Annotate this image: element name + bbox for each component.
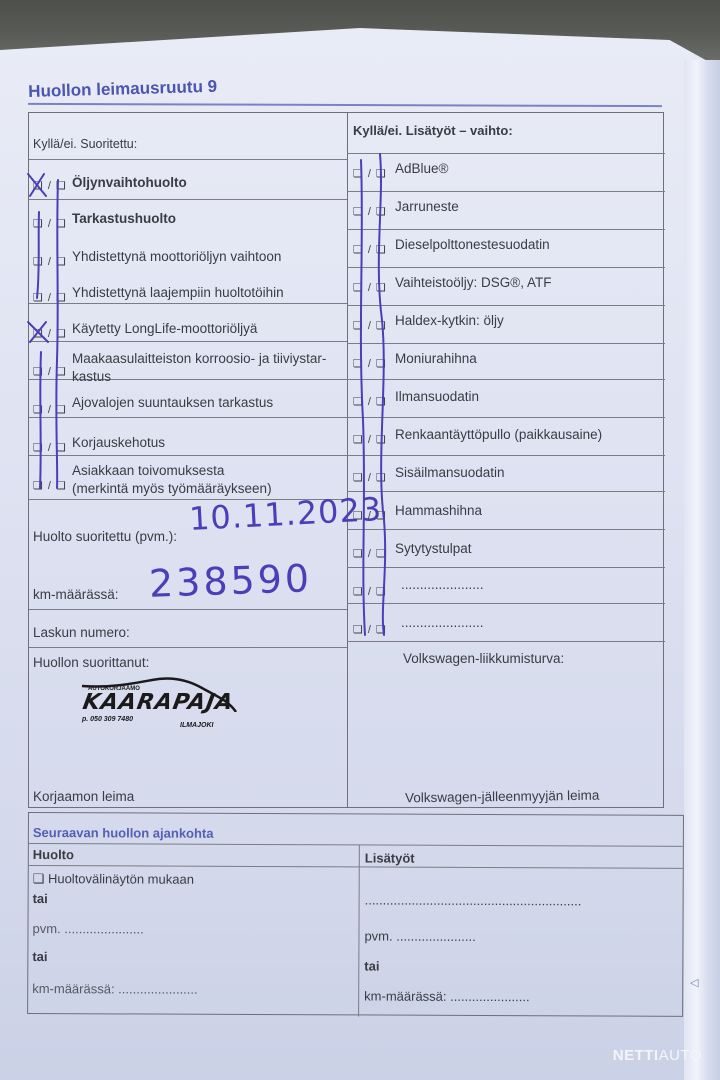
row-divider <box>347 455 665 456</box>
row-divider <box>347 491 665 492</box>
extra-item-blank-line[interactable]: ...................... <box>401 577 484 592</box>
extra-item-label: Haldex-kytkin: öljy <box>395 313 504 328</box>
extra-item-label: Jarruneste <box>395 199 459 214</box>
yes-no-checkboxes[interactable]: ❏ / ❏ <box>33 441 67 454</box>
stamp-name: KAARAPAJA <box>81 690 236 715</box>
watermark-bold: NETTI <box>613 1047 659 1064</box>
extra-item-label: Sytytystulpat <box>395 541 472 556</box>
or-label: tai <box>32 949 47 964</box>
extra-item-blank-line[interactable]: ...................... <box>401 615 484 630</box>
row-divider <box>347 267 665 268</box>
yes-no-checkboxes[interactable]: ❏ / ❏ <box>353 167 387 180</box>
service-item-label: Tarkastushuolto <box>72 211 176 226</box>
yes-no-checkboxes[interactable]: ❏ / ❏ <box>33 291 67 304</box>
extra-item-label: Moniurahihna <box>395 351 477 366</box>
nettiauto-watermark: NETTIAUTO <box>613 1047 702 1064</box>
service-item-label: Ajovalojen suuntauksen tarkastus <box>72 395 273 410</box>
yes-no-checkboxes[interactable]: ❏ / ❏ <box>33 365 67 378</box>
next-service-title: Seuraavan huollon ajankohta <box>33 825 214 841</box>
booklet-spine <box>684 60 720 1080</box>
service-item-label: Asiakkaan toivomuksesta <box>72 463 224 478</box>
row-divider <box>29 303 347 304</box>
yes-no-checkboxes[interactable]: ❏ / ❏ <box>353 623 387 636</box>
dealer-stamp-label: Volkswagen-jälleenmyyjän leima <box>405 788 600 806</box>
km-value[interactable]: 238590 <box>148 556 312 606</box>
yes-no-checkboxes[interactable]: ❏ / ❏ <box>33 479 67 492</box>
row-divider <box>29 865 683 869</box>
performed-by-label: Huollon suorittanut: <box>33 655 149 670</box>
extra-item-label: Vaihteistoöljy: DSG®, ATF <box>395 275 552 290</box>
service-item-label: Maakaasulaitteiston korroosio- ja tiiviy… <box>72 351 326 366</box>
row-divider <box>347 529 665 530</box>
yes-no-checkboxes[interactable]: ❏ / ❏ <box>353 281 387 294</box>
next-extra-line[interactable]: ........................................… <box>365 892 582 908</box>
stamp-city: ILMAJOKI <box>180 722 213 729</box>
yes-no-checkboxes[interactable]: ❏ / ❏ <box>33 327 67 340</box>
service-item-label-continued: kastus <box>72 369 111 384</box>
next-extra-header: Lisätyöt <box>365 850 415 865</box>
row-divider <box>347 567 665 568</box>
yes-no-checkboxes[interactable]: ❏ / ❏ <box>353 395 387 408</box>
service-item-label-continued: (merkintä myös työmääräykseen) <box>72 481 272 496</box>
row-divider <box>347 417 665 418</box>
row-divider <box>347 641 665 642</box>
yes-no-checkboxes[interactable]: ❏ / ❏ <box>33 403 67 416</box>
row-divider <box>29 455 347 456</box>
yes-no-checkboxes[interactable]: ❏ / ❏ <box>353 319 387 332</box>
row-divider <box>29 199 347 200</box>
yes-no-checkboxes[interactable]: ❏ / ❏ <box>33 217 67 230</box>
yes-no-checkboxes[interactable]: ❏ / ❏ <box>353 357 387 370</box>
km-label: km-määrässä: <box>33 587 119 602</box>
row-divider <box>347 153 665 154</box>
row-divider <box>29 341 347 342</box>
yes-no-checkboxes[interactable]: ❏ / ❏ <box>353 585 387 598</box>
yes-no-checkboxes[interactable]: ❏ / ❏ <box>353 471 387 484</box>
next-service-date[interactable]: pvm. ...................... <box>32 921 143 936</box>
row-divider <box>347 305 665 306</box>
extra-item-label: Dieselpolttonestesuodatin <box>395 237 550 252</box>
extra-item-label: Sisäilmansuodatin <box>395 465 505 480</box>
stamp-phone: p. 050 309 7480 <box>82 716 133 723</box>
next-service-table: Seuraavan huollon ajankohta Huolto Lisät… <box>27 812 684 1017</box>
yes-no-checkboxes[interactable]: ❏ / ❏ <box>353 433 387 446</box>
invoice-number-label: Laskun numero: <box>33 625 130 640</box>
service-date-label: Huolto suoritettu (pvm.): <box>33 529 177 544</box>
row-divider <box>347 229 665 230</box>
yes-no-checkboxes[interactable]: ❏ / ❏ <box>33 179 67 192</box>
yes-no-checkboxes[interactable]: ❏ / ❏ <box>353 547 387 560</box>
or-label: tai <box>33 891 48 906</box>
yes-no-checkboxes[interactable]: ❏ / ❏ <box>353 509 387 522</box>
yes-no-checkboxes[interactable]: ❏ / ❏ <box>33 255 67 268</box>
row-divider <box>29 843 683 847</box>
extra-item-label: AdBlue® <box>395 161 448 176</box>
row-divider <box>347 343 665 344</box>
extra-item-label: Renkaantäyttöpullo (paikkausaine) <box>395 427 602 442</box>
service-item-label: Yhdistettynä laajempiin huoltotöihin <box>72 285 284 300</box>
or-label: tai <box>364 958 379 973</box>
column-divider <box>347 113 348 807</box>
workshop-stamp: AUTOKORJAAMO KAARAPAJA p. 050 309 7480 I… <box>80 672 240 734</box>
row-divider <box>29 609 347 610</box>
column-divider <box>358 844 360 1016</box>
page-marker-icon: ◁ <box>690 976 698 989</box>
yes-no-checkboxes[interactable]: ❏ / ❏ <box>353 205 387 218</box>
row-divider <box>347 603 665 604</box>
mobility-guarantee-label: Volkswagen-liikkumisturva: <box>403 651 564 666</box>
left-column-header: Kyllä/ei. Suoritettu: <box>33 137 137 151</box>
row-divider <box>29 417 347 418</box>
service-item-label: Korjauskehotus <box>72 435 165 450</box>
service-item-label: Öljynvaihtohuolto <box>72 175 187 190</box>
row-divider <box>347 379 665 380</box>
next-service-km[interactable]: km-määrässä: ...................... <box>32 981 197 997</box>
watermark-thin: AUTO <box>659 1047 702 1064</box>
service-interval-display-option[interactable]: ❏ Huoltovälinäytön mukaan <box>33 871 194 888</box>
yes-no-checkboxes[interactable]: ❏ / ❏ <box>353 243 387 256</box>
right-column-header: Kyllä/ei. Lisätyöt – vaihto: <box>353 123 513 138</box>
service-item-label: Yhdistettynä moottoriöljyn vaihtoon <box>72 249 281 264</box>
extra-item-label: Hammashihna <box>395 503 482 518</box>
extra-item-label: Ilmansuodatin <box>395 389 479 404</box>
next-service-header: Huolto <box>33 847 74 862</box>
row-divider <box>29 647 347 648</box>
row-divider <box>29 159 347 160</box>
next-extra-date[interactable]: pvm. ...................... <box>364 928 475 943</box>
workshop-stamp-label: Korjaamon leima <box>33 789 134 804</box>
row-divider <box>347 191 665 192</box>
next-extra-km[interactable]: km-määrässä: ...................... <box>364 988 529 1004</box>
service-item-label: Käytetty LongLife-moottoriöljyä <box>72 321 257 336</box>
